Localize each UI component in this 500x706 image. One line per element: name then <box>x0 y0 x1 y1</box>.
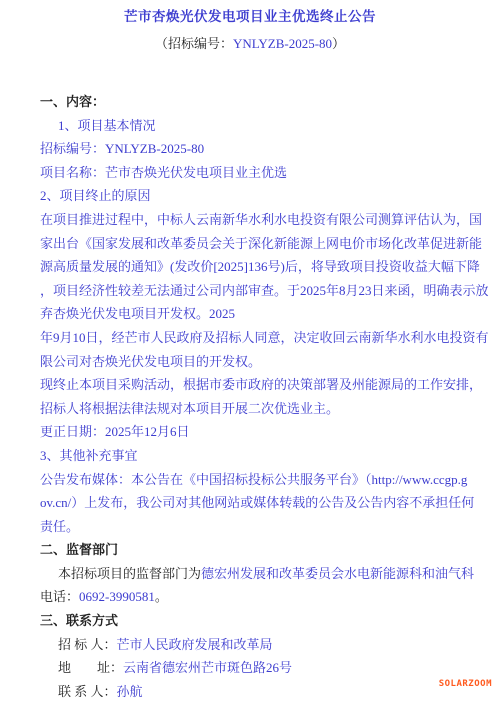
phone-line: 电话：0692-3990581。 <box>40 585 464 609</box>
contact-person-value: 孙航 <box>117 684 143 699</box>
termination-reason-line: 在项目推进过程中，中标人云南新华水利水电投资有限公司测算评估认为，国 <box>40 208 464 232</box>
media-notice-line: 公告发布媒体：本公告在《中国招标投标公共服务平台》（http://www.ccg… <box>40 468 464 492</box>
contact-row-bidder: 招 标 人：芒市人民政府发展和改革局 <box>40 633 464 657</box>
section1-sub3-heading: 3、其他补充事宜 <box>40 444 464 468</box>
section1-heading: 一、内容： <box>40 90 464 114</box>
phone-value: 0692-3990581 <box>79 589 155 604</box>
announcement-page: 芒市杏焕光伏发电项目业主优选终止公告 （招标编号：YNLYZB-2025-80）… <box>0 0 500 706</box>
termination-reason-line: 现终止本项目采购活动，根据市委市政府的决策部署及州能源局的工作安排， <box>40 373 464 397</box>
contact-row-person: 联 系 人：孙航 <box>40 680 464 704</box>
contact-row-address: 地 址：云南省德宏州芒市斑色路26号 <box>40 656 464 680</box>
termination-reason-line: 家出台《国家发展和改革委员会关于深化新能源上网电价市场化改革促进新能 <box>40 232 464 256</box>
document-body: 一、内容： 1、项目基本情况 招标编号：YNLYZB-2025-80 项目名称：… <box>40 90 464 703</box>
section1-sub2-heading: 2、项目终止的原因 <box>40 184 464 208</box>
address-value: 云南省德宏州芒市斑色路26号 <box>123 660 292 675</box>
termination-reason-line: 弃杏焕光伏发电项目开发权。2025 <box>40 302 464 326</box>
contact-person-label: 联 系 人： <box>58 684 117 699</box>
page-title: 芒市杏焕光伏发电项目业主优选终止公告 <box>0 5 500 25</box>
project-name-field: 项目名称：芒市杏焕光伏发电项目业主优选 <box>40 161 464 185</box>
correction-date-field: 更正日期：2025年12月6日 <box>40 420 464 444</box>
bid-number-line: （招标编号：YNLYZB-2025-80） <box>0 33 500 52</box>
bidder-value: 芒市人民政府发展和改革局 <box>117 637 273 652</box>
bidder-label: 招 标 人： <box>58 637 117 652</box>
supervision-dept-line: 本招标项目的监督部门为德宏州发展和改革委员会水电新能源科和油气科 <box>40 562 464 586</box>
bid-number-prefix: （招标编号： <box>155 36 233 51</box>
section1-sub1-heading: 1、项目基本情况 <box>40 114 464 138</box>
supervision-dept-value: 德宏州发展和改革委员会水电新能源科和油气科 <box>201 566 474 581</box>
termination-reason-line: 源高质量发展的通知》(发改价[2025]136号)后，将导致项目投资收益大幅下降 <box>40 255 464 279</box>
phone-suffix: 。 <box>155 589 168 604</box>
bid-number-suffix: ） <box>332 36 345 51</box>
media-notice-line: ov.cn/）上发布，我公司对其他网站或媒体转载的公告及公告内容不承担任何 <box>40 491 464 515</box>
phone-label: 电话： <box>40 589 79 604</box>
section3-heading: 三、联系方式 <box>40 609 464 633</box>
termination-reason-line: 限公司对杏焕光伏发电项目的开发权。 <box>40 350 464 374</box>
solarzoom-watermark: SOLARZOOM <box>439 679 492 689</box>
address-label: 地 址： <box>58 660 123 675</box>
section2-heading: 二、监督部门 <box>40 538 464 562</box>
bid-number-field: 招标编号：YNLYZB-2025-80 <box>40 137 464 161</box>
supervision-dept-label: 本招标项目的监督部门为 <box>58 566 201 581</box>
termination-reason-line: ，项目经济性较差无法通过公司内部审查。于2025年8月23日来函，明确表示放 <box>40 279 464 303</box>
termination-reason-line: 年9月10日，经芒市人民政府及招标人同意，决定收回云南新华水利水电投资有 <box>40 326 464 350</box>
bid-number: YNLYZB-2025-80 <box>233 36 332 51</box>
termination-reason-line: 招标人将根据法律法规对本项目开展二次优选业主。 <box>40 397 464 421</box>
media-notice-line: 责任。 <box>40 515 464 539</box>
